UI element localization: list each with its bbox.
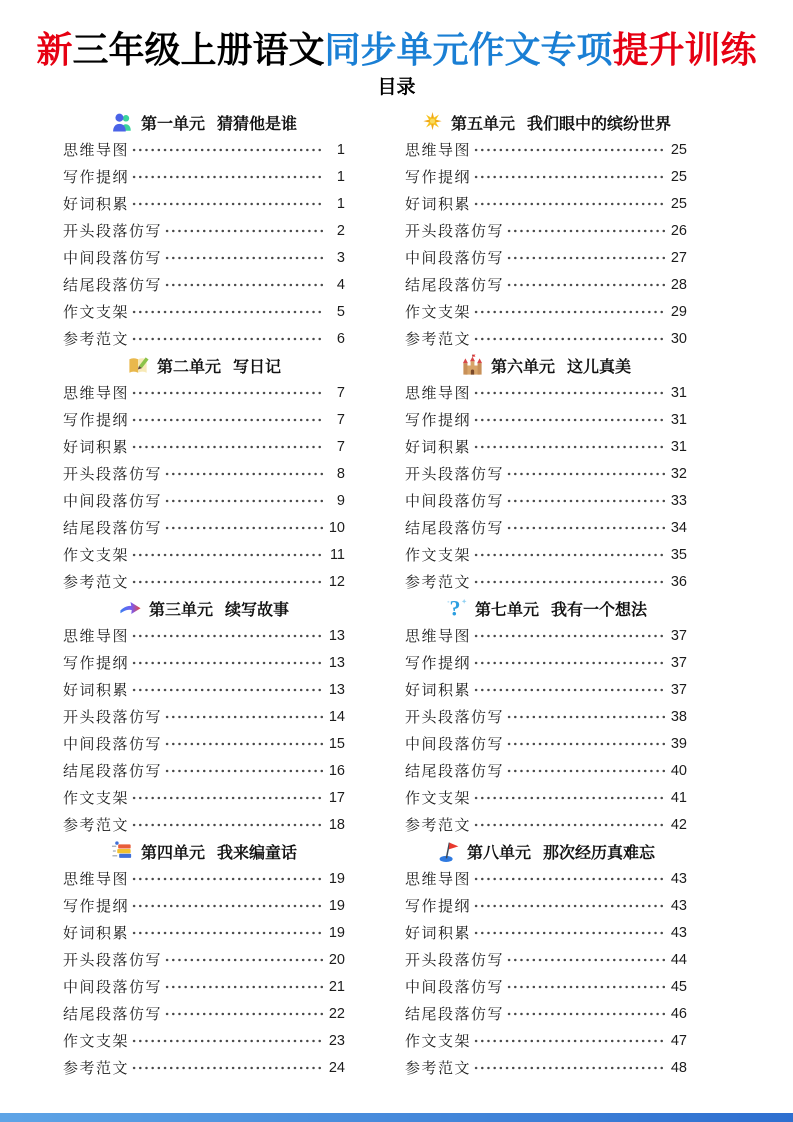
dot-leader bbox=[506, 487, 665, 514]
toc-entry-page: 42 bbox=[669, 817, 687, 833]
toc-entry[interactable]: 作文支架41 bbox=[405, 784, 687, 811]
dot-leader bbox=[473, 649, 665, 676]
toc-entry[interactable]: 参考范文48 bbox=[405, 1054, 687, 1081]
toc-entry[interactable]: 中间段落仿写15 bbox=[63, 730, 345, 757]
toc-entry[interactable]: 开头段落仿写2 bbox=[63, 217, 345, 244]
toc-entry-page: 32 bbox=[669, 466, 687, 482]
title-segment: 新 bbox=[36, 29, 72, 70]
toc-entry-label: 思维导图 bbox=[63, 382, 129, 403]
toc-entry[interactable]: 参考范文24 bbox=[63, 1054, 345, 1081]
toc-entry-label: 中间段落仿写 bbox=[405, 976, 504, 997]
dot-leader bbox=[131, 190, 323, 217]
toc-entry-label: 思维导图 bbox=[405, 868, 471, 889]
toc-entry[interactable]: 写作提纲25 bbox=[405, 163, 687, 190]
toc-entry-label: 结尾段落仿写 bbox=[63, 517, 162, 538]
toc-entry-page: 19 bbox=[327, 898, 345, 914]
toc-entry[interactable]: 结尾段落仿写34 bbox=[405, 514, 687, 541]
dot-leader bbox=[131, 1054, 323, 1081]
dot-leader bbox=[164, 946, 323, 973]
toc-entry[interactable]: 结尾段落仿写40 bbox=[405, 757, 687, 784]
toc-entry-page: 9 bbox=[327, 493, 345, 509]
toc-entry-page: 38 bbox=[669, 709, 687, 725]
toc-entry-label: 思维导图 bbox=[405, 382, 471, 403]
toc-entry-page: 26 bbox=[669, 223, 687, 239]
toc-entry-label: 开头段落仿写 bbox=[63, 463, 162, 484]
toc-entry-page: 33 bbox=[669, 493, 687, 509]
toc-entry[interactable]: 结尾段落仿写22 bbox=[63, 1000, 345, 1027]
toc-entry-label: 作文支架 bbox=[63, 301, 129, 322]
toc-entry-label: 写作提纲 bbox=[405, 166, 471, 187]
unit-section: 第六单元这儿真美思维导图31写作提纲31好词积累31开头段落仿写32中间段落仿写… bbox=[405, 352, 687, 595]
toc-entry-label: 开头段落仿写 bbox=[405, 706, 504, 727]
toc-entry[interactable]: 中间段落仿写27 bbox=[405, 244, 687, 271]
toc-entry[interactable]: 参考范文36 bbox=[405, 568, 687, 595]
toc-entry-label: 作文支架 bbox=[405, 544, 471, 565]
dot-leader bbox=[131, 649, 323, 676]
toc-entry-page: 35 bbox=[669, 547, 687, 563]
toc-entry-page: 43 bbox=[669, 871, 687, 887]
toc-entry[interactable]: 开头段落仿写20 bbox=[63, 946, 345, 973]
unit-title: 那次经历真难忘 bbox=[543, 840, 655, 863]
toc-entry-page: 39 bbox=[669, 736, 687, 752]
toc-entry-label: 中间段落仿写 bbox=[63, 976, 162, 997]
toc-entry-page: 30 bbox=[669, 331, 687, 347]
toc-entry-page: 23 bbox=[327, 1033, 345, 1049]
dot-leader bbox=[473, 1027, 665, 1054]
notebook-pencil-icon bbox=[127, 354, 150, 377]
dot-leader bbox=[131, 865, 323, 892]
dot-leader bbox=[131, 379, 323, 406]
toc-entry[interactable]: 好词积累37 bbox=[405, 676, 687, 703]
unit-header: 第八单元那次经历真难忘 bbox=[405, 838, 687, 865]
toc-entry-label: 结尾段落仿写 bbox=[63, 274, 162, 295]
toc-entry[interactable]: 好词积累43 bbox=[405, 919, 687, 946]
unit-number: 第五单元 bbox=[451, 111, 515, 134]
dot-leader bbox=[506, 217, 665, 244]
unit-header: ?第七单元我有一个想法 bbox=[405, 595, 687, 622]
dot-leader bbox=[473, 892, 665, 919]
unit-number: 第三单元 bbox=[149, 597, 213, 620]
toc-entry-page: 13 bbox=[327, 655, 345, 671]
toc-entry-page: 12 bbox=[327, 574, 345, 590]
toc-entry-page: 13 bbox=[327, 682, 345, 698]
toc-entry-page: 27 bbox=[669, 250, 687, 266]
toc-entry-label: 写作提纲 bbox=[63, 409, 129, 430]
toc-entry[interactable]: 中间段落仿写9 bbox=[63, 487, 345, 514]
toc-entry[interactable]: 好词积累25 bbox=[405, 190, 687, 217]
unit-section: 第五单元我们眼中的缤纷世界思维导图25写作提纲25好词积累25开头段落仿写26中… bbox=[405, 109, 687, 352]
toc-entry-page: 7 bbox=[327, 412, 345, 428]
dot-leader bbox=[506, 973, 665, 1000]
dot-leader bbox=[131, 1027, 323, 1054]
unit-header: 第一单元猜猜他是谁 bbox=[63, 109, 345, 136]
dot-leader bbox=[473, 163, 665, 190]
toc-entry-page: 8 bbox=[327, 466, 345, 482]
unit-header: 第六单元这儿真美 bbox=[405, 352, 687, 379]
toc-entry-label: 中间段落仿写 bbox=[405, 247, 504, 268]
toc-entry-label: 作文支架 bbox=[63, 787, 129, 808]
dot-leader bbox=[131, 811, 323, 838]
dot-leader bbox=[506, 271, 665, 298]
toc-entry-page: 19 bbox=[327, 871, 345, 887]
toc-column-left: 第一单元猜猜他是谁思维导图1写作提纲1好词积累1开头段落仿写2中间段落仿写3结尾… bbox=[63, 109, 345, 1081]
toc-entry[interactable]: 作文支架23 bbox=[63, 1027, 345, 1054]
toc-entry[interactable]: 写作提纲19 bbox=[63, 892, 345, 919]
toc-entry-label: 写作提纲 bbox=[405, 652, 471, 673]
toc-entry[interactable]: 开头段落仿写26 bbox=[405, 217, 687, 244]
dot-leader bbox=[473, 568, 665, 595]
dot-leader bbox=[164, 514, 323, 541]
toc-entry-label: 好词积累 bbox=[405, 193, 471, 214]
dot-leader bbox=[473, 406, 665, 433]
toc-entry-label: 中间段落仿写 bbox=[63, 247, 162, 268]
toc-entry-page: 25 bbox=[669, 169, 687, 185]
toc-entry-page: 14 bbox=[327, 709, 345, 725]
toc-entry-label: 作文支架 bbox=[405, 1030, 471, 1051]
toc-entry-label: 中间段落仿写 bbox=[63, 733, 162, 754]
unit-header: 第五单元我们眼中的缤纷世界 bbox=[405, 109, 687, 136]
toc-entry-label: 开头段落仿写 bbox=[63, 220, 162, 241]
toc-entry-page: 40 bbox=[669, 763, 687, 779]
toc-entry-label: 作文支架 bbox=[405, 787, 471, 808]
toc-entry-label: 作文支架 bbox=[63, 544, 129, 565]
toc-entry-page: 43 bbox=[669, 898, 687, 914]
toc-entry-page: 7 bbox=[327, 385, 345, 401]
toc-entry-page: 13 bbox=[327, 628, 345, 644]
toc-entry-label: 好词积累 bbox=[405, 436, 471, 457]
unit-title: 我们眼中的缤纷世界 bbox=[527, 111, 671, 134]
toc-entry-page: 37 bbox=[669, 682, 687, 698]
toc-entry-label: 参考范文 bbox=[405, 814, 471, 835]
dot-leader bbox=[164, 757, 323, 784]
flag-icon bbox=[437, 840, 460, 863]
toc-entry[interactable]: 结尾段落仿写16 bbox=[63, 757, 345, 784]
dot-leader bbox=[473, 784, 665, 811]
toc-entry[interactable]: 作文支架5 bbox=[63, 298, 345, 325]
toc-entry-label: 结尾段落仿写 bbox=[405, 1003, 504, 1024]
toc-columns: 第一单元猜猜他是谁思维导图1写作提纲1好词积累1开头段落仿写2中间段落仿写3结尾… bbox=[0, 109, 793, 1081]
toc-entry[interactable]: 思维导图25 bbox=[405, 136, 687, 163]
dot-leader bbox=[164, 730, 323, 757]
toc-entry[interactable]: 中间段落仿写39 bbox=[405, 730, 687, 757]
title-segment: 三年级上册语文 bbox=[72, 29, 324, 70]
toc-entry-label: 好词积累 bbox=[405, 679, 471, 700]
toc-entry-label: 开头段落仿写 bbox=[405, 463, 504, 484]
toc-entry-label: 开头段落仿写 bbox=[405, 949, 504, 970]
toc-entry[interactable]: 写作提纲7 bbox=[63, 406, 345, 433]
toc-entry-label: 作文支架 bbox=[405, 301, 471, 322]
toc-entry[interactable]: 写作提纲13 bbox=[63, 649, 345, 676]
dot-leader bbox=[131, 784, 323, 811]
dot-leader bbox=[131, 568, 323, 595]
toc-entry[interactable]: 开头段落仿写38 bbox=[405, 703, 687, 730]
toc-entry-label: 结尾段落仿写 bbox=[405, 760, 504, 781]
dot-leader bbox=[131, 298, 323, 325]
toc-entry[interactable]: 作文支架17 bbox=[63, 784, 345, 811]
toc-entry-page: 1 bbox=[327, 196, 345, 212]
toc-entry-page: 47 bbox=[669, 1033, 687, 1049]
toc-entry[interactable]: 开头段落仿写32 bbox=[405, 460, 687, 487]
document-page: 新三年级上册语文同步单元作文专项提升训练 目录 第一单元猜猜他是谁思维导图1写作… bbox=[0, 0, 793, 1122]
toc-entry-label: 思维导图 bbox=[405, 139, 471, 160]
toc-entry[interactable]: 参考范文30 bbox=[405, 325, 687, 352]
toc-entry-label: 写作提纲 bbox=[405, 895, 471, 916]
toc-entry[interactable]: 写作提纲43 bbox=[405, 892, 687, 919]
toc-entry-label: 参考范文 bbox=[405, 571, 471, 592]
dot-leader bbox=[506, 730, 665, 757]
question-mark-icon: ? bbox=[445, 597, 468, 620]
toc-entry[interactable]: 参考范文12 bbox=[63, 568, 345, 595]
toc-entry[interactable]: 中间段落仿写21 bbox=[63, 973, 345, 1000]
dot-leader bbox=[473, 676, 665, 703]
toc-entry[interactable]: 写作提纲31 bbox=[405, 406, 687, 433]
toc-entry-page: 6 bbox=[327, 331, 345, 347]
unit-section: 第三单元续写故事思维导图13写作提纲13好词积累13开头段落仿写14中间段落仿写… bbox=[63, 595, 345, 838]
toc-entry-page: 34 bbox=[669, 520, 687, 536]
toc-entry-label: 结尾段落仿写 bbox=[405, 274, 504, 295]
toc-entry-page: 15 bbox=[327, 736, 345, 752]
toc-entry-page: 31 bbox=[669, 385, 687, 401]
dot-leader bbox=[506, 946, 665, 973]
unit-section: 第二单元写日记思维导图7写作提纲7好词积累7开头段落仿写8中间段落仿写9结尾段落… bbox=[63, 352, 345, 595]
dot-leader bbox=[164, 973, 323, 1000]
toc-entry-page: 45 bbox=[669, 979, 687, 995]
title-segment: 同步单元作文专项 bbox=[325, 29, 613, 70]
arrow-icon bbox=[119, 597, 142, 620]
toc-entry-label: 写作提纲 bbox=[405, 409, 471, 430]
toc-entry-label: 思维导图 bbox=[63, 139, 129, 160]
toc-entry[interactable]: 作文支架47 bbox=[405, 1027, 687, 1054]
toc-entry-page: 19 bbox=[327, 925, 345, 941]
toc-entry-label: 结尾段落仿写 bbox=[405, 517, 504, 538]
toc-entry-label: 写作提纲 bbox=[63, 166, 129, 187]
toc-entry-label: 参考范文 bbox=[63, 814, 129, 835]
unit-section: 第八单元那次经历真难忘思维导图43写作提纲43好词积累43开头段落仿写44中间段… bbox=[405, 838, 687, 1081]
dot-leader bbox=[506, 460, 665, 487]
toc-entry[interactable]: 中间段落仿写45 bbox=[405, 973, 687, 1000]
page-title: 新三年级上册语文同步单元作文专项提升训练 bbox=[0, 0, 793, 76]
toc-entry-page: 20 bbox=[327, 952, 345, 968]
dot-leader bbox=[131, 919, 323, 946]
toc-entry[interactable]: 好词积累19 bbox=[63, 919, 345, 946]
dot-leader bbox=[131, 892, 323, 919]
toc-entry-page: 1 bbox=[327, 169, 345, 185]
toc-entry[interactable]: 好词积累1 bbox=[63, 190, 345, 217]
toc-entry-page: 25 bbox=[669, 142, 687, 158]
toc-entry-page: 3 bbox=[327, 250, 345, 266]
dot-leader bbox=[473, 1054, 665, 1081]
toc-entry-label: 参考范文 bbox=[63, 328, 129, 349]
unit-section: ?第七单元我有一个想法思维导图37写作提纲37好词积累37开头段落仿写38中间段… bbox=[405, 595, 687, 838]
toc-entry-page: 11 bbox=[327, 547, 345, 563]
toc-entry-label: 开头段落仿写 bbox=[63, 949, 162, 970]
dot-leader bbox=[506, 514, 665, 541]
toc-entry[interactable]: 作文支架35 bbox=[405, 541, 687, 568]
toc-entry-page: 24 bbox=[327, 1060, 345, 1076]
toc-entry-page: 46 bbox=[669, 1006, 687, 1022]
dot-leader bbox=[473, 136, 665, 163]
toc-entry-label: 思维导图 bbox=[63, 868, 129, 889]
toc-entry-page: 29 bbox=[669, 304, 687, 320]
toc-entry-label: 好词积累 bbox=[405, 922, 471, 943]
toc-column-right: 第五单元我们眼中的缤纷世界思维导图25写作提纲25好词积累25开头段落仿写26中… bbox=[405, 109, 687, 1081]
toc-entry[interactable]: 好词积累31 bbox=[405, 433, 687, 460]
title-segment: 提升训练 bbox=[613, 29, 757, 70]
toc-entry[interactable]: 结尾段落仿写10 bbox=[63, 514, 345, 541]
toc-entry-label: 参考范文 bbox=[63, 1057, 129, 1078]
toc-entry-page: 41 bbox=[669, 790, 687, 806]
toc-entry-label: 中间段落仿写 bbox=[405, 490, 504, 511]
toc-entry[interactable]: 作文支架29 bbox=[405, 298, 687, 325]
castle-icon bbox=[461, 354, 484, 377]
toc-entry-page: 48 bbox=[669, 1060, 687, 1076]
toc-entry-label: 好词积累 bbox=[63, 436, 129, 457]
unit-header: 第四单元我来编童话 bbox=[63, 838, 345, 865]
toc-entry[interactable]: 开头段落仿写14 bbox=[63, 703, 345, 730]
dot-leader bbox=[473, 919, 665, 946]
toc-entry[interactable]: 参考范文42 bbox=[405, 811, 687, 838]
dot-leader bbox=[473, 379, 665, 406]
dot-leader bbox=[473, 190, 665, 217]
toc-entry[interactable]: 作文支架11 bbox=[63, 541, 345, 568]
toc-entry-label: 写作提纲 bbox=[63, 895, 129, 916]
people-icon bbox=[111, 111, 134, 134]
toc-entry[interactable]: 中间段落仿写33 bbox=[405, 487, 687, 514]
toc-entry[interactable]: 参考范文18 bbox=[63, 811, 345, 838]
toc-entry-page: 1 bbox=[327, 142, 345, 158]
toc-entry-label: 思维导图 bbox=[63, 625, 129, 646]
toc-entry-page: 16 bbox=[327, 763, 345, 779]
toc-entry-label: 写作提纲 bbox=[63, 652, 129, 673]
dot-leader bbox=[131, 676, 323, 703]
toc-heading: 目录 bbox=[0, 76, 793, 100]
toc-entry-page: 5 bbox=[327, 304, 345, 320]
toc-entry-page: 28 bbox=[669, 277, 687, 293]
dot-leader bbox=[473, 811, 665, 838]
toc-entry[interactable]: 开头段落仿写44 bbox=[405, 946, 687, 973]
dot-leader bbox=[131, 136, 323, 163]
toc-entry-page: 37 bbox=[669, 655, 687, 671]
dot-leader bbox=[506, 757, 665, 784]
toc-entry-label: 好词积累 bbox=[63, 922, 129, 943]
dot-leader bbox=[131, 541, 323, 568]
dot-leader bbox=[131, 163, 323, 190]
toc-entry[interactable]: 思维导图43 bbox=[405, 865, 687, 892]
toc-entry-label: 参考范文 bbox=[63, 571, 129, 592]
unit-number: 第七单元 bbox=[475, 597, 539, 620]
dot-leader bbox=[131, 433, 323, 460]
dot-leader bbox=[473, 622, 665, 649]
dot-leader bbox=[164, 271, 323, 298]
toc-entry-page: 4 bbox=[327, 277, 345, 293]
toc-entry[interactable]: 好词积累13 bbox=[63, 676, 345, 703]
toc-entry-label: 好词积累 bbox=[63, 193, 129, 214]
unit-number: 第一单元 bbox=[141, 111, 205, 134]
unit-number: 第四单元 bbox=[141, 840, 205, 863]
dot-leader bbox=[506, 1000, 665, 1027]
dot-leader bbox=[473, 865, 665, 892]
toc-entry-page: 17 bbox=[327, 790, 345, 806]
dot-leader bbox=[473, 325, 665, 352]
toc-entry-label: 作文支架 bbox=[63, 1030, 129, 1051]
toc-entry-page: 44 bbox=[669, 952, 687, 968]
dot-leader bbox=[473, 433, 665, 460]
toc-entry-page: 7 bbox=[327, 439, 345, 455]
dot-leader bbox=[164, 244, 323, 271]
toc-entry-label: 结尾段落仿写 bbox=[63, 1003, 162, 1024]
dot-leader bbox=[164, 217, 323, 244]
toc-entry[interactable]: 结尾段落仿写4 bbox=[63, 271, 345, 298]
unit-title: 我来编童话 bbox=[217, 840, 297, 863]
toc-entry[interactable]: 思维导图13 bbox=[63, 622, 345, 649]
toc-entry-label: 参考范文 bbox=[405, 328, 471, 349]
toc-entry-label: 参考范文 bbox=[405, 1057, 471, 1078]
dot-leader bbox=[131, 622, 323, 649]
books-stack-icon bbox=[111, 840, 134, 863]
sparkle-sun-icon bbox=[421, 111, 444, 134]
toc-entry-page: 31 bbox=[669, 439, 687, 455]
toc-entry[interactable]: 思维导图37 bbox=[405, 622, 687, 649]
svg-text:?: ? bbox=[450, 597, 461, 620]
toc-entry-label: 中间段落仿写 bbox=[405, 733, 504, 754]
dot-leader bbox=[473, 541, 665, 568]
dot-leader bbox=[131, 406, 323, 433]
dot-leader bbox=[164, 460, 323, 487]
unit-header: 第三单元续写故事 bbox=[63, 595, 345, 622]
toc-entry[interactable]: 开头段落仿写8 bbox=[63, 460, 345, 487]
toc-entry-page: 37 bbox=[669, 628, 687, 644]
toc-entry[interactable]: 思维导图31 bbox=[405, 379, 687, 406]
toc-entry[interactable]: 思维导图19 bbox=[63, 865, 345, 892]
dot-leader bbox=[164, 1000, 323, 1027]
toc-entry-page: 21 bbox=[327, 979, 345, 995]
toc-entry[interactable]: 结尾段落仿写46 bbox=[405, 1000, 687, 1027]
toc-entry[interactable]: 写作提纲37 bbox=[405, 649, 687, 676]
unit-header: 第二单元写日记 bbox=[63, 352, 345, 379]
dot-leader bbox=[131, 325, 323, 352]
unit-number: 第八单元 bbox=[467, 840, 531, 863]
toc-entry[interactable]: 结尾段落仿写28 bbox=[405, 271, 687, 298]
toc-entry-label: 中间段落仿写 bbox=[63, 490, 162, 511]
toc-entry-page: 22 bbox=[327, 1006, 345, 1022]
unit-title: 猜猜他是谁 bbox=[217, 111, 297, 134]
toc-entry[interactable]: 思维导图1 bbox=[63, 136, 345, 163]
unit-title: 我有一个想法 bbox=[551, 597, 647, 620]
toc-entry[interactable]: 思维导图7 bbox=[63, 379, 345, 406]
dot-leader bbox=[506, 703, 665, 730]
toc-entry[interactable]: 写作提纲1 bbox=[63, 163, 345, 190]
toc-entry-page: 36 bbox=[669, 574, 687, 590]
toc-entry[interactable]: 好词积累7 bbox=[63, 433, 345, 460]
toc-entry[interactable]: 中间段落仿写3 bbox=[63, 244, 345, 271]
dot-leader bbox=[473, 298, 665, 325]
toc-entry-page: 18 bbox=[327, 817, 345, 833]
unit-title: 写日记 bbox=[233, 354, 281, 377]
unit-number: 第六单元 bbox=[491, 354, 555, 377]
toc-entry[interactable]: 参考范文6 bbox=[63, 325, 345, 352]
unit-number: 第二单元 bbox=[157, 354, 221, 377]
toc-entry-page: 43 bbox=[669, 925, 687, 941]
toc-entry-page: 25 bbox=[669, 196, 687, 212]
toc-entry-label: 开头段落仿写 bbox=[405, 220, 504, 241]
toc-entry-page: 10 bbox=[327, 520, 345, 536]
dot-leader bbox=[164, 487, 323, 514]
toc-entry-label: 结尾段落仿写 bbox=[63, 760, 162, 781]
toc-entry-page: 2 bbox=[327, 223, 345, 239]
unit-section: 第一单元猜猜他是谁思维导图1写作提纲1好词积累1开头段落仿写2中间段落仿写3结尾… bbox=[63, 109, 345, 352]
toc-entry-label: 好词积累 bbox=[63, 679, 129, 700]
toc-entry-page: 31 bbox=[669, 412, 687, 428]
